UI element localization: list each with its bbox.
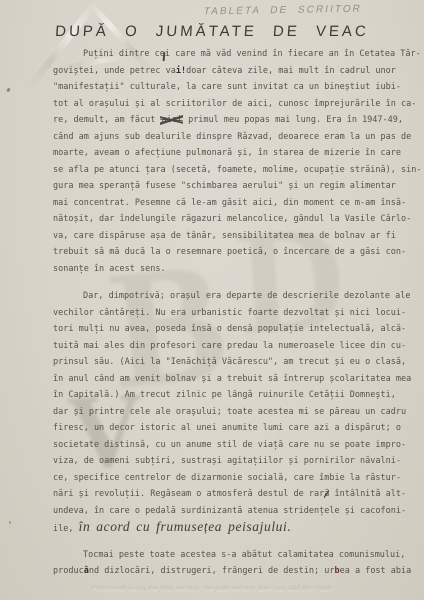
paragraph: Puțini dintre cei care mă văd venind în … [53,46,421,277]
text-segment-struck: aici [160,115,182,125]
typed-line: nătoșit, dar îndelungile răgazuri melanc… [53,211,421,228]
typed-line: ce, specifice centrelor de dizarmonie so… [53,470,421,487]
typed-line: se afla pe atunci țara (secetă, foamete,… [53,162,421,179]
page-title: DUPĂ O JUMĂTATE DE VEAC [0,23,424,40]
typed-line: firesc, un decor istoric al unei anumite… [53,420,421,437]
typed-line: mai concentrat. Pesemne că le-am găsit a… [53,195,421,212]
typed-line: "manifestații" culturale, la care sunt i… [53,79,421,96]
footer-watermark: Processed using the trial version; the p… [0,585,424,592]
typed-line: producând dizlocări, distrugeri, frânger… [53,563,421,580]
typed-line: moarte, aveam o afecțiune pulmonară și, … [53,145,421,162]
typed-line: gura mea speranță fusese "schimbarea aer… [53,178,421,195]
typed-line: sonanțe în acest sens. [53,261,421,278]
text-segment: nări și revoluții. Regăseam o atmosferă … [53,489,324,499]
typed-line: în anul când am venit bolnav și a trebui… [53,371,421,388]
text-segment: goviștei, unde petrec va [53,66,176,76]
typed-text: Puțini dintre cei care mă văd venind în … [53,46,421,580]
typed-line: tot al orașului și al scriitorilor de ai… [53,96,421,113]
typed-line: Puțini dintre cei care mă văd venind în … [53,46,421,63]
typed-line: tori mulți nu avea, poseda însă o densă … [53,321,421,338]
typed-line: trebuit să mă ducă la o resemnare poetic… [53,244,421,261]
typed-line: tuită mai ales din profesori care predau… [53,338,421,355]
text-segment: nd dizlocări, distrugeri, frângeri de de… [89,566,335,576]
text-segment: produc [53,566,84,576]
text-segment: doar câteva zile, mai mult în cadrul uno… [186,66,396,76]
paragraph: Tocmai peste toate acestea s-a abătut ca… [53,547,421,580]
text-segment: ea a fost abia [340,566,412,576]
typed-line: goviștei, unde petrec vai!doar câteva zi… [53,63,421,80]
typed-line: undeva, în care o pedală surdinizantă at… [53,503,421,520]
typed-line: re, demult, am făcut aici primul meu pop… [53,112,421,129]
typed-line: când am ajuns sub dealurile dinspre Răzv… [53,129,421,146]
margin-speck [9,521,11,524]
typed-line: nări și revoluții. Regăseam o atmosferă … [53,486,421,503]
typed-line: viza, de oameni subțiri, sustrași agitaț… [53,453,421,470]
text-segment-corrected: i! [176,66,186,76]
scanned-typewritten-page: { "page": { "pencil_annotation": "TABLET… [0,0,424,600]
typed-line: Tocmai peste toate acestea s-a abătut ca… [53,547,421,564]
paragraph: Dar, dimpotrivă; orașul era departe de d… [53,288,421,536]
typed-line: societate distinsă, cu un anume stil de … [53,437,421,454]
text-segment: întâlnită alt- [329,489,406,499]
typed-line: în Capitală.) Am trecut zilnic pe lângă … [53,387,421,404]
text-segment: ile, [53,524,79,534]
text-segment: re, demult, am făcut [53,115,160,125]
typed-line: prinsul său. (Aici la "Ienăchiță Văcăres… [53,354,421,371]
typed-line: Dar, dimpotrivă; orașul era departe de d… [53,288,421,305]
pencil-annotation: TABLETA DE SCRIITOR [203,4,363,18]
margin-speck [6,88,11,93]
text-segment-handwritten: în acord cu frumusețea peisajului. [79,519,292,534]
typed-line: va, care dispăruse așa de tânăr, sensibi… [53,228,421,245]
typed-line: ile, în acord cu frumusețea peisajului. [53,519,421,536]
typed-line: vechilor cântăreți. Nu era urbanistic fo… [53,305,421,322]
typed-line: dar și printre cele ale orașului; toate … [53,404,421,421]
text-segment: primul meu popas mai lung. Era în 1947-4… [183,115,403,125]
